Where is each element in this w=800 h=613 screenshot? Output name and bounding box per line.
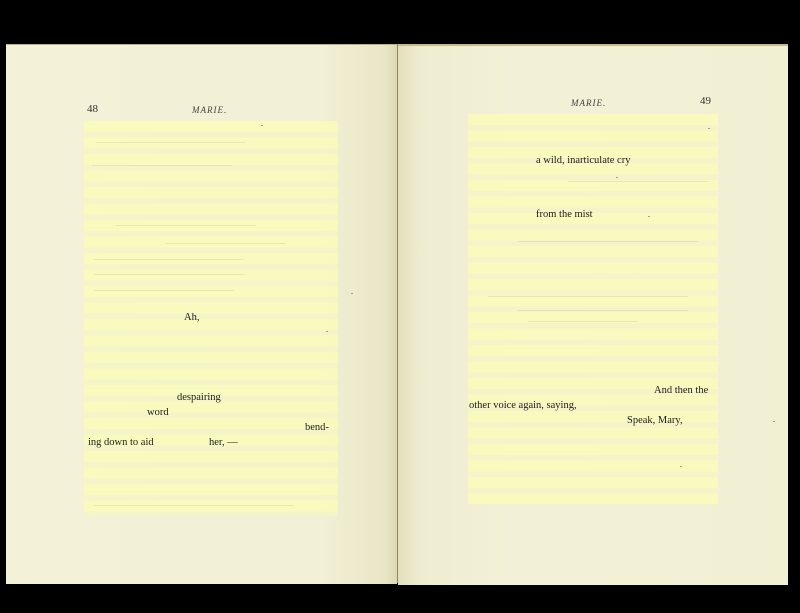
fragment-despairing: despairing — [177, 392, 221, 403]
fragment-ing-down: ing down to aid — [88, 437, 154, 448]
erased-line — [166, 243, 286, 244]
erased-line — [94, 259, 244, 260]
erased-line — [92, 165, 232, 166]
ink-speck — [351, 293, 353, 294]
erased-line — [568, 181, 708, 182]
right-running-head: MARIE. — [571, 98, 606, 108]
erased-line — [488, 296, 688, 297]
ink-speck — [680, 466, 682, 467]
right-page-number: 49 — [700, 95, 711, 107]
ink-speck — [648, 216, 650, 217]
ink-speck — [261, 125, 263, 126]
erased-line — [518, 310, 688, 311]
left-page: 48 MARIE. Ah, despairing word bend- ing … — [6, 44, 397, 584]
erased-line — [528, 321, 638, 322]
fragment-speak-mary: Speak, Mary, — [627, 415, 683, 426]
fragment-and-then: And then the — [654, 385, 708, 396]
erased-line — [96, 142, 246, 143]
right-erasure-highlight — [468, 114, 718, 504]
left-running-head: MARIE. — [192, 105, 227, 115]
book-spread: 48 MARIE. Ah, despairing word bend- ing … — [6, 44, 788, 583]
left-page-number: 48 — [87, 103, 98, 115]
fragment-ah: Ah, — [184, 312, 199, 323]
left-erasure-highlight — [84, 121, 338, 516]
right-page: MARIE. 49 a wild, inarticulate cry from … — [398, 44, 788, 585]
ink-speck — [773, 421, 775, 422]
erased-line — [94, 274, 244, 275]
ink-speck — [616, 177, 618, 178]
erased-line — [518, 241, 698, 242]
ink-speck — [708, 128, 710, 129]
fragment-bend: bend- — [305, 422, 329, 433]
erased-line — [116, 225, 256, 226]
fragment-from-mist: from the mist — [536, 209, 593, 220]
ink-speck — [326, 331, 328, 332]
fragment-her: her, — — [209, 437, 238, 448]
erased-line — [94, 290, 234, 291]
fragment-wild-cry: a wild, inarticulate cry — [536, 155, 630, 166]
fragment-word: word — [147, 407, 169, 418]
erased-line — [94, 505, 294, 506]
fragment-other-voice: other voice again, saying, — [469, 400, 577, 411]
